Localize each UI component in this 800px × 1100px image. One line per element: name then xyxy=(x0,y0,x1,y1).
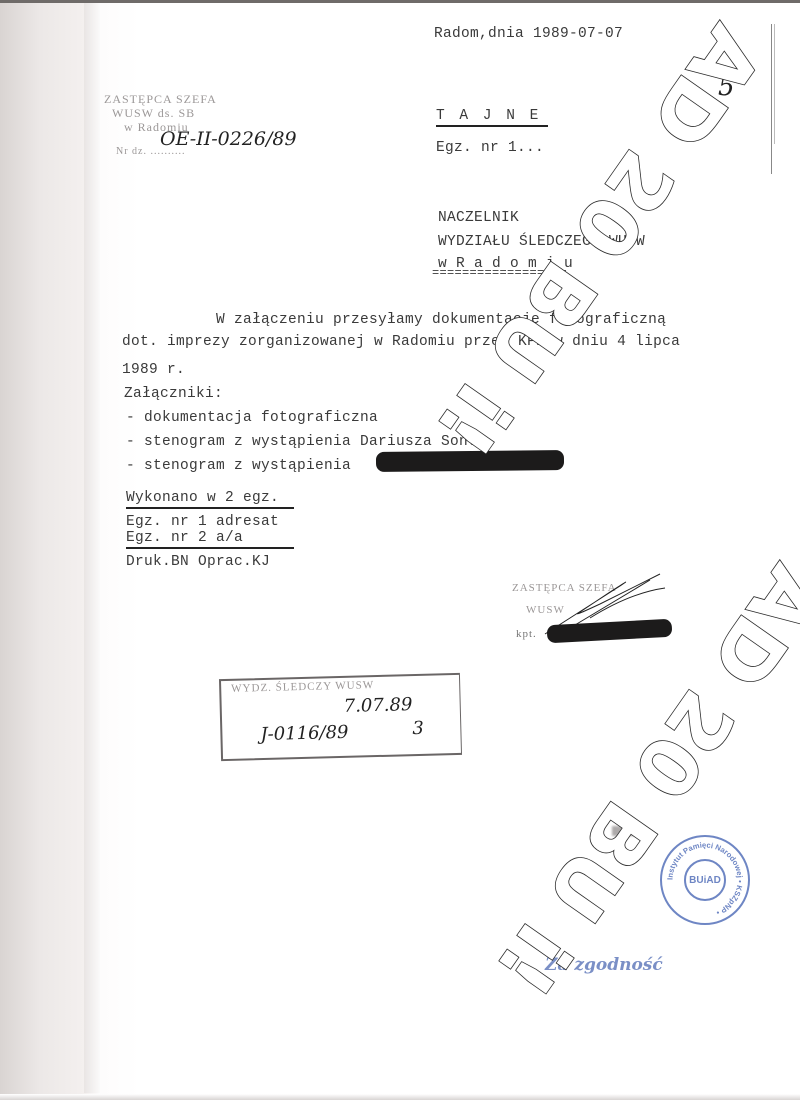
ipn-round-stamp: Instytut Pamięci Narodowej • KSZpNP • BU… xyxy=(660,835,750,925)
attachments-heading: Załączniki: xyxy=(124,386,223,402)
copy-1-recipient: Egz. nr 1 adresat xyxy=(126,514,279,530)
registry-stamp-line: WUSW ds. SB xyxy=(112,106,195,121)
scan-bottom-edge xyxy=(0,1094,800,1100)
place-date: Radom,dnia 1989-07-07 xyxy=(434,26,623,42)
margin-rule-secondary xyxy=(774,24,775,144)
margin-mark: 5 xyxy=(718,72,735,102)
inbound-number: J-0116/89 xyxy=(260,722,349,745)
classification-label: T A J N E xyxy=(436,108,548,127)
conformity-stamp: Za zgodność xyxy=(545,955,663,975)
recipient-line-2: WYDZIAŁU ŚLEDCZEGO WUSW xyxy=(438,234,645,250)
registry-stamp-line: ZASTĘPCA SZEFA xyxy=(104,92,217,107)
page-binding-shadow xyxy=(84,3,100,1093)
copy-2-recipient: Egz. nr 2 a/a xyxy=(126,530,294,549)
body-line-3: 1989 r. xyxy=(122,362,185,378)
ink-smudge xyxy=(612,826,638,836)
body-line-1: W załączeniu przesyłamy dokumentację fot… xyxy=(216,312,666,328)
inbound-pages: 3 xyxy=(412,718,424,739)
scan-top-edge xyxy=(0,0,800,3)
attachment-item: - dokumentacja fotograficzna xyxy=(126,410,378,426)
attachment-item: - stenogram z wystąpienia Dariusza Sońty xyxy=(126,434,486,450)
copy-number: Egz. nr 1... xyxy=(436,140,544,156)
redaction-bar xyxy=(376,450,564,472)
recipient-line-1: NACZELNIK xyxy=(438,210,519,226)
signature-rank: kpt. xyxy=(516,628,537,640)
attachment-item: - stenogram z wystąpienia xyxy=(126,458,351,474)
inbound-header: WYDZ. ŚLEDCZY WUSW xyxy=(231,679,374,695)
body-line-2: dot. imprezy zorganizowanej w Radomiu pr… xyxy=(122,334,680,350)
stamp-center-label: BUiAD xyxy=(684,859,726,901)
archive-watermark: AD 20 BU i! AD 20 BU i! xyxy=(0,0,800,1100)
inbound-date: 7.07.89 xyxy=(343,694,412,717)
recipient-underline: ================== xyxy=(432,266,567,280)
print-info: Druk.BN Oprac.KJ xyxy=(126,554,270,570)
registry-footnote: Nr dz. .......... xyxy=(116,146,186,157)
copies-made: Wykonano w 2 egz. xyxy=(126,490,294,509)
inbound-registry-stamp: WYDZ. ŚLEDCZY WUSW 7.07.89 J-0116/89 3 xyxy=(219,673,462,761)
margin-rule xyxy=(771,24,772,174)
